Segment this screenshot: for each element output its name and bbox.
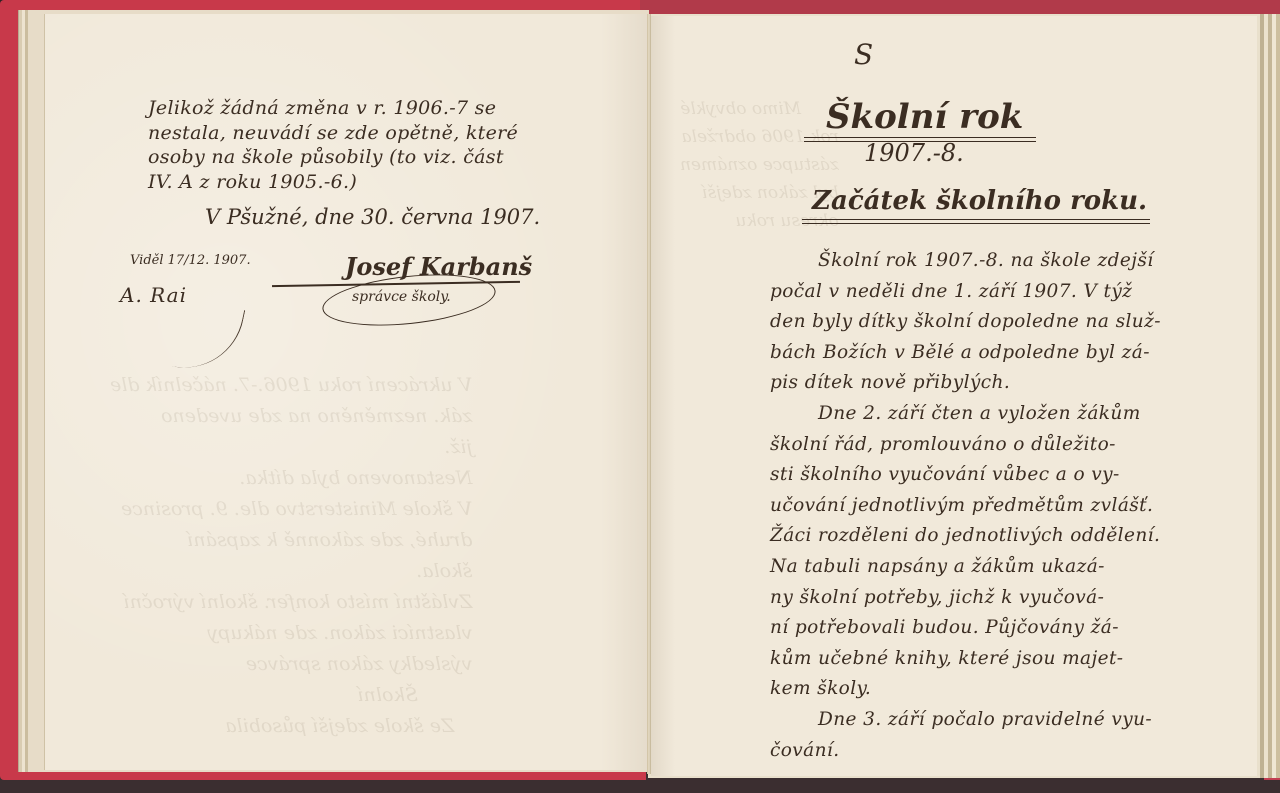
inspection-note: Viděl 17/12. 1907. [130, 253, 251, 268]
left-page-paragraph: Jelikož žádná změna v r. 1906.-7 se nest… [148, 96, 518, 194]
body-line: Na tabuli napsány a žákům ukazá- [770, 552, 1161, 583]
left-paragraph-line: IV. A z roku 1905.-6.) [148, 170, 518, 195]
corner-mark: S [854, 38, 873, 71]
right-page-body: Školní rok 1907.-8. na škole zdejší poča… [770, 246, 1161, 766]
body-line: ny školní potřeby, jichž k vyučová- [770, 583, 1161, 614]
page-title: Školní rok [826, 97, 1023, 137]
signature-role: správce školy. [352, 289, 451, 305]
body-line: sti školního vyučování vůbec a o vy- [770, 460, 1161, 491]
place-and-date: V Pšužné, dne 30. června 1907. [205, 205, 540, 229]
body-line: Dne 2. září čten a vyložen žákům [770, 399, 1161, 430]
body-line: kům učebné knihy, které jsou majet- [770, 644, 1161, 675]
body-line: počal v neděli dne 1. září 1907. V týž [770, 277, 1161, 308]
body-line: ní potřebovali budou. Půjčovány žá- [770, 613, 1161, 644]
heading-double-rule [802, 219, 1150, 224]
book-scene: V ukrácení roku 1906.-7. náčelník dle zá… [0, 0, 1280, 793]
body-line: čování. [770, 736, 1161, 767]
left-paragraph-line: nestala, neuvádí se zde opětně, které [148, 121, 518, 146]
section-heading: Začátek školního roku. [812, 186, 1147, 216]
body-line: bách Božích v Bělé a odpoledne byl zá- [770, 338, 1161, 369]
body-line: Dne 3. září počalo pravidelné vyu- [770, 705, 1161, 736]
inspection-date: 17/12. 1907. [168, 253, 251, 268]
inspection-label: Viděl [130, 253, 164, 268]
school-year: 1907.-8. [864, 139, 964, 167]
left-paragraph-line: osoby na škole působily (to viz. část [148, 145, 518, 170]
body-line: školní řád, promlouváno o důležito- [770, 430, 1161, 461]
body-line: učování jednotlivým předmětům zvlášť. [770, 491, 1161, 522]
body-line: Žáci rozděleni do jednotlivých oddělení. [770, 521, 1161, 552]
left-paragraph-line: Jelikož žádná změna v r. 1906.-7 se [148, 96, 518, 121]
body-line: pis dítek nově přibylých. [770, 368, 1161, 399]
body-line: Školní rok 1907.-8. na škole zdejší [770, 246, 1161, 277]
body-line: kem školy. [770, 674, 1161, 705]
body-line: den byly dítky školní dopoledne na služ- [770, 307, 1161, 338]
